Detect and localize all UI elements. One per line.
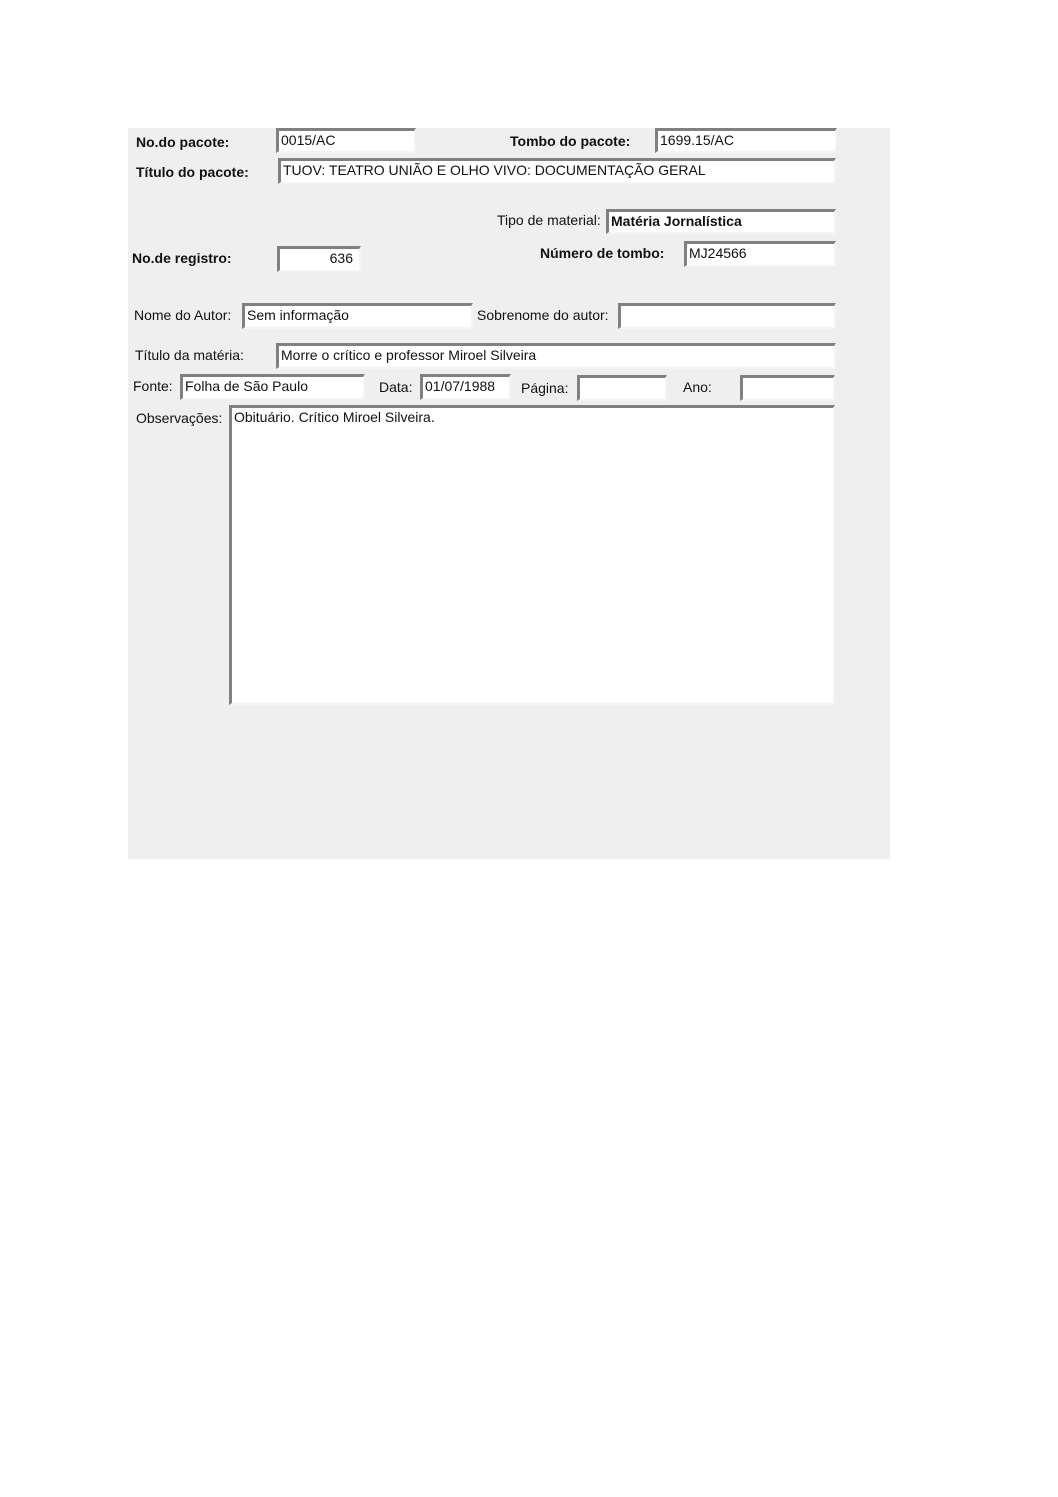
no-registro-field[interactable]: 636 — [277, 246, 361, 272]
observacoes-textarea[interactable]: Obituário. Crítico Miroel Silveira. — [229, 405, 835, 705]
titulo-materia-field[interactable]: Morre o crítico e professor Miroel Silve… — [276, 343, 836, 369]
tombo-pacote-label: Tombo do pacote: — [510, 133, 630, 149]
titulo-pacote-label: Título do pacote: — [136, 164, 249, 180]
fonte-label: Fonte: — [133, 378, 173, 394]
nome-autor-label: Nome do Autor: — [134, 307, 231, 323]
tombo-pacote-field[interactable]: 1699.15/AC — [655, 128, 837, 153]
no-registro-label: No.de registro: — [132, 250, 232, 266]
sobrenome-autor-field[interactable] — [618, 303, 836, 329]
data-field[interactable]: 01/07/1988 — [420, 374, 511, 400]
nome-autor-field[interactable]: Sem informação — [242, 303, 473, 329]
ano-label: Ano: — [683, 379, 712, 395]
pagina-label: Página: — [521, 380, 568, 396]
no-pacote-field[interactable]: 0015/AC — [276, 128, 416, 153]
sobrenome-autor-label: Sobrenome do autor: — [477, 307, 609, 323]
data-label: Data: — [379, 379, 412, 395]
tipo-material-label: Tipo de material: — [497, 212, 601, 228]
titulo-pacote-field[interactable]: TUOV: TEATRO UNIÃO E OLHO VIVO: DOCUMENT… — [278, 158, 836, 184]
observacoes-label: Observações: — [136, 410, 222, 426]
fonte-field[interactable]: Folha de São Paulo — [180, 374, 365, 400]
tipo-material-field[interactable]: Matéria Jornalística — [606, 209, 836, 234]
numero-tombo-field[interactable]: MJ24566 — [684, 241, 836, 267]
titulo-materia-label: Título da matéria: — [135, 347, 244, 363]
pagina-field[interactable] — [577, 375, 667, 401]
no-pacote-label: No.do pacote: — [136, 134, 229, 150]
ano-field[interactable] — [740, 375, 835, 401]
numero-tombo-label: Número de tombo: — [540, 245, 664, 261]
